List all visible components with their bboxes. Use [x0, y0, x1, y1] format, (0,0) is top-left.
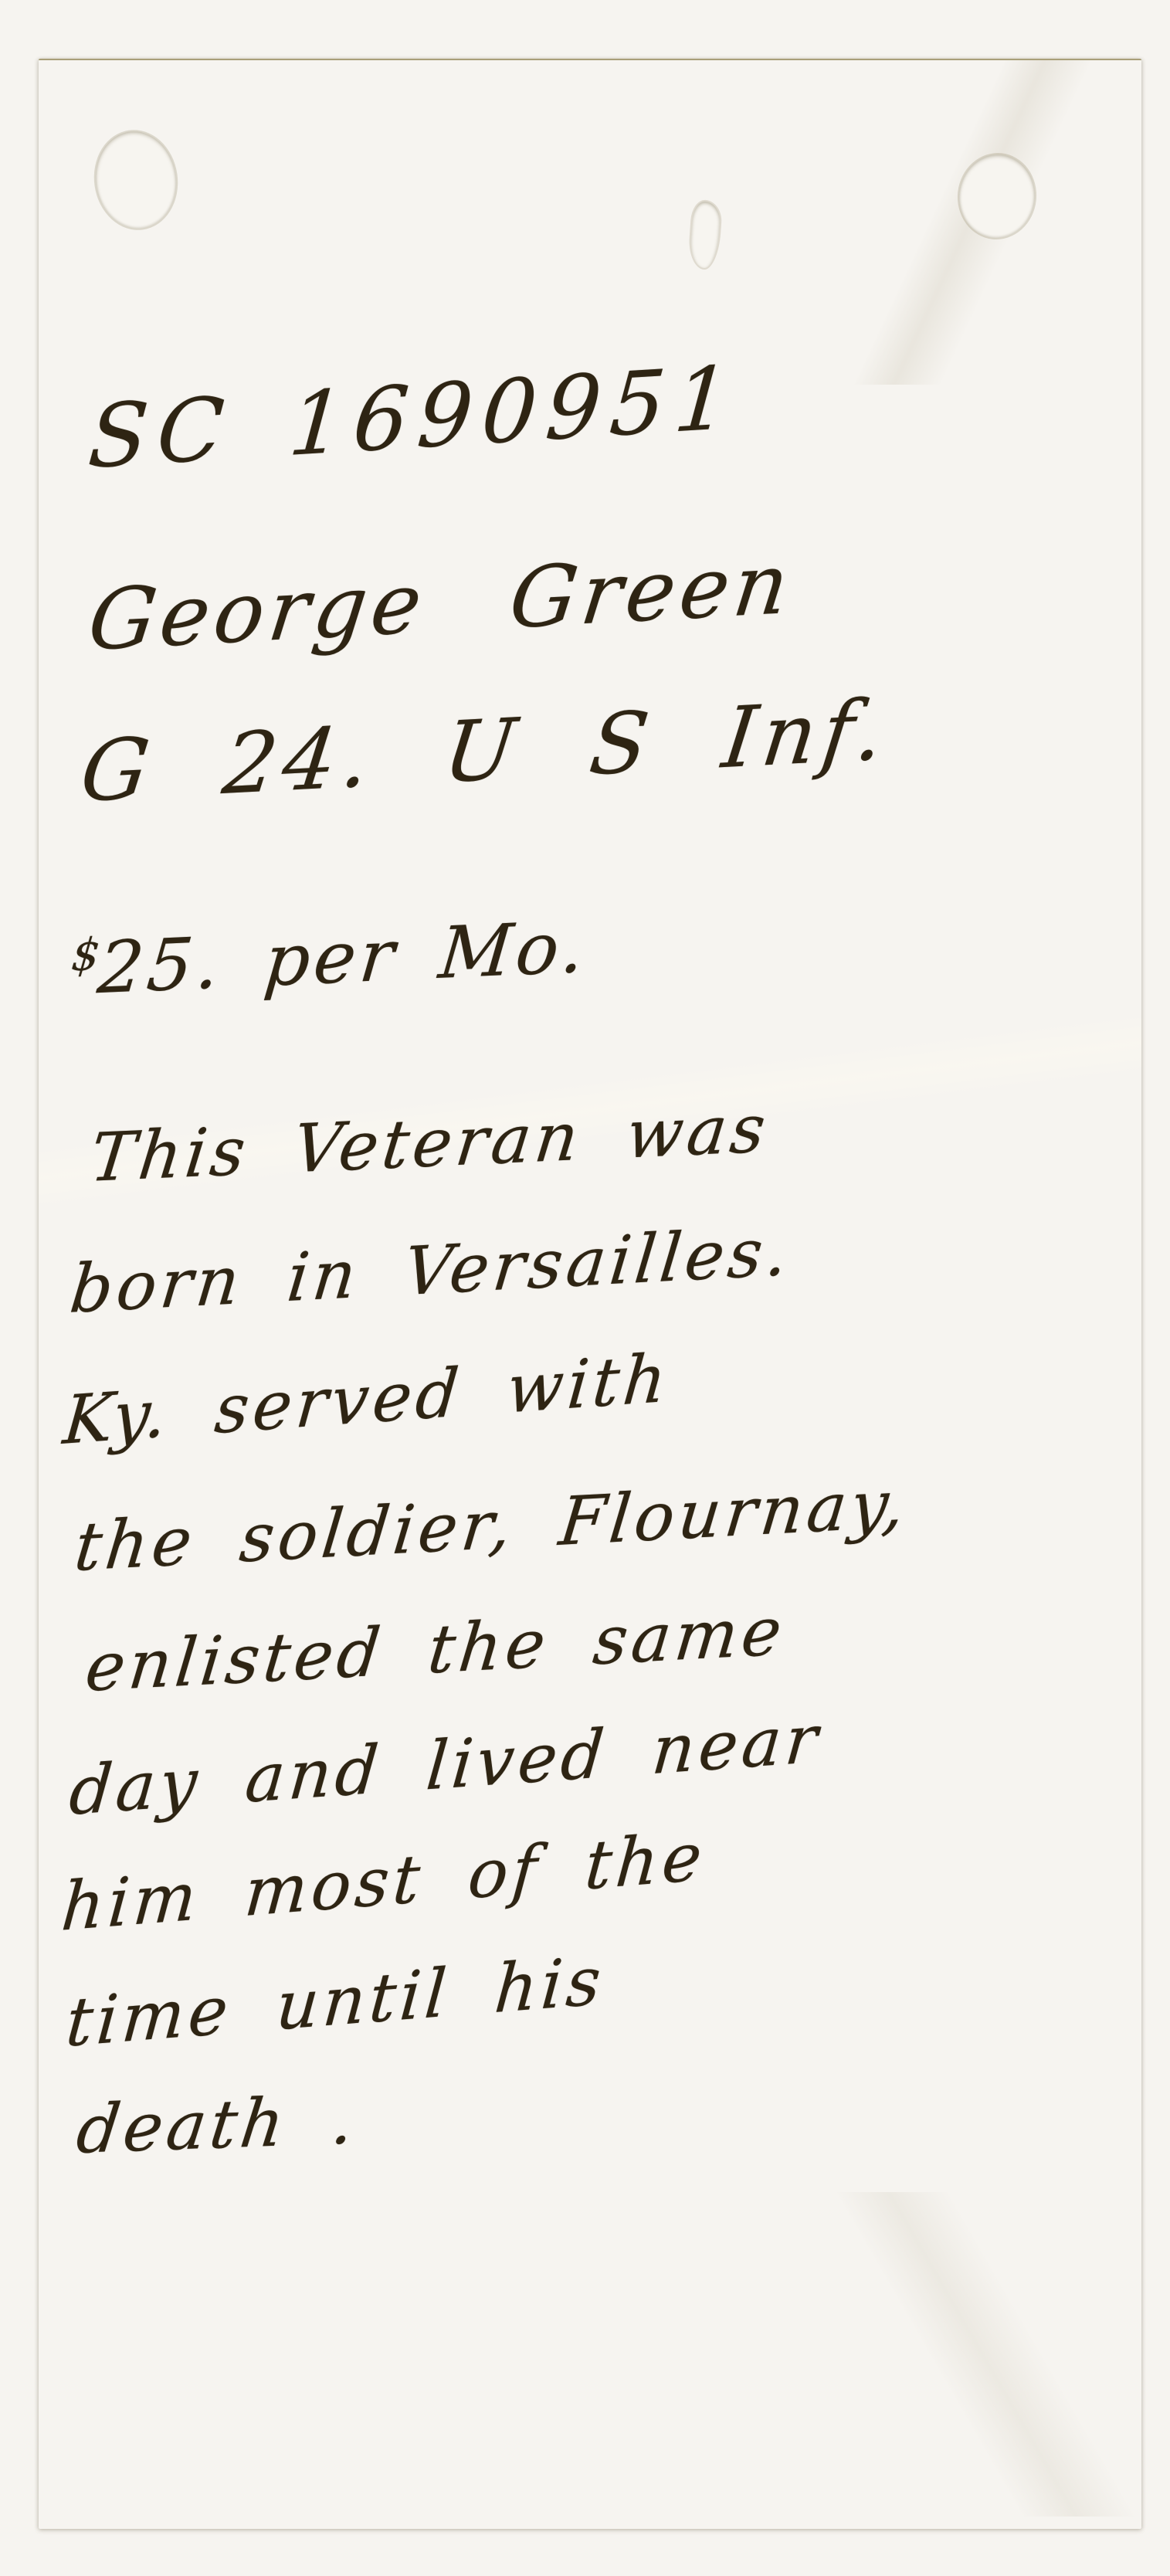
note-line: him most of the [59, 1817, 708, 1946]
paper-crease [678, 60, 1119, 385]
pension-amount: 25. per Mo. [94, 905, 592, 1010]
note-line: Ky. served with [60, 1339, 673, 1460]
note-line: day and lived near [66, 1700, 824, 1831]
scanner-bed: { "scan": { "background_color": "#f6f4f0… [0, 0, 1170, 2576]
note-line: death . [73, 2082, 362, 2169]
paper-crease [645, 2192, 1141, 2517]
veteran-name-line: George Green [83, 535, 799, 670]
punch-hole-right [955, 151, 1039, 242]
staple-tear-hole [689, 201, 721, 269]
pension-rate-line: $25. per Mo. [66, 905, 592, 1011]
note-line: time until his [63, 1942, 607, 2062]
document-page: SC 1690951 George Green G 24. U S Inf. $… [39, 59, 1141, 2529]
note-line: born in Versailles. [66, 1213, 795, 1329]
note-line: enlisted the same [82, 1593, 789, 1707]
note-line: the soldier, Flournay, [71, 1465, 912, 1587]
case-number-line: SC 1690951 [85, 348, 743, 488]
note-line: This Veteran was [86, 1090, 773, 1197]
military-unit-line: G 24. U S Inf. [76, 681, 895, 821]
punch-hole-left [90, 126, 183, 233]
